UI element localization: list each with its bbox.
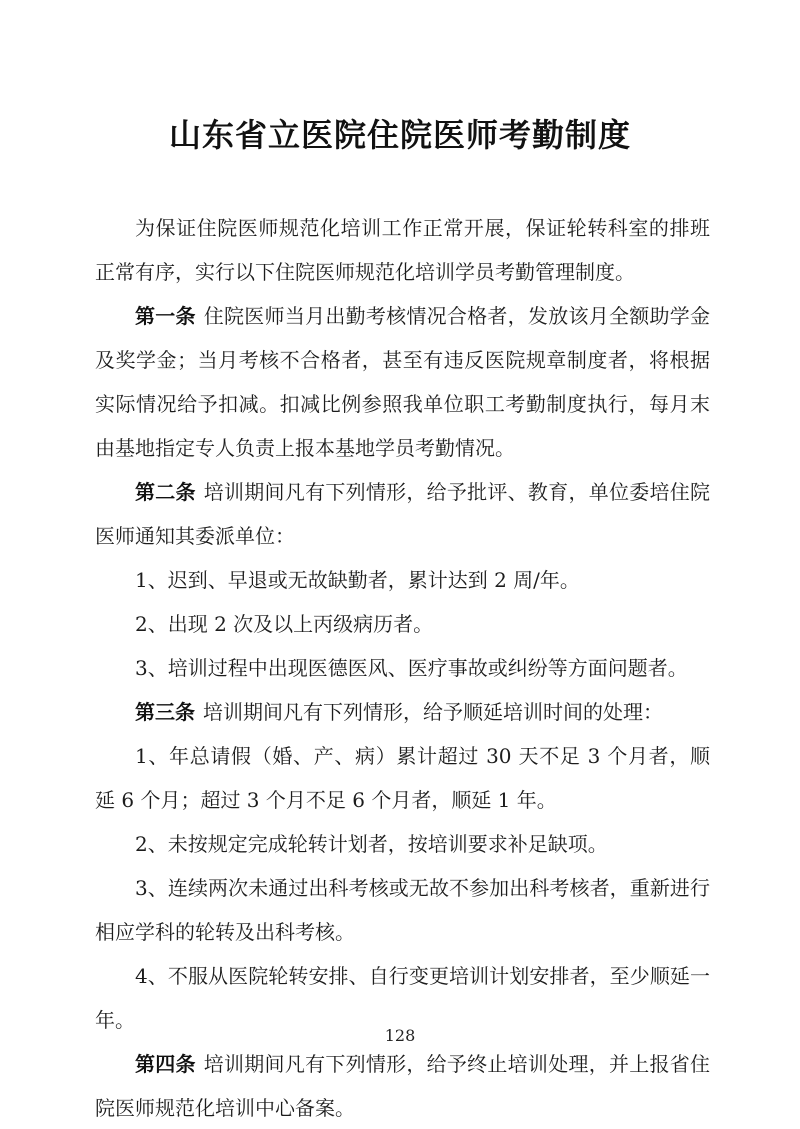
- article-1-lead: 第一条: [135, 304, 196, 328]
- article-3-item-4-text: 4、不服从医院轮转安排、自行变更培训计划安排者，至少顺延一年。: [95, 964, 710, 1032]
- page-number: 128: [0, 1026, 800, 1045]
- article-2-item-2-text: 2、出现 2 次及以上丙级病历者。: [135, 612, 433, 636]
- article-4: 第四条培训期间凡有下列情形，给予终止培训处理，并上报省住院医师规范化培训中心备案…: [95, 1042, 710, 1129]
- page-title: 山东省立医院住院医师考勤制度: [0, 110, 800, 156]
- document-body: 为保证住院医师规范化培训工作正常开展，保证轮转科室的排班正常有序，实行以下住院医…: [95, 206, 710, 1129]
- article-3-item-3: 3、连续两次未通过出科考核或无故不参加出科考核者，重新进行相应学科的轮转及出科考…: [95, 866, 710, 954]
- article-1: 第一条住院医师当月出勤考核情况合格者，发放该月全额助学金及奖学金；当月考核不合格…: [95, 294, 710, 470]
- article-3-item-3-text: 3、连续两次未通过出科考核或无故不参加出科考核者，重新进行相应学科的轮转及出科考…: [95, 876, 710, 944]
- article-3-item-1-text: 1、年总请假（婚、产、病）累计超过 30 天不足 3 个月者，顺延 6 个月；超…: [95, 744, 710, 812]
- intro-paragraph: 为保证住院医师规范化培训工作正常开展，保证轮转科室的排班正常有序，实行以下住院医…: [95, 206, 710, 294]
- article-3-item-2-text: 2、未按规定完成轮转计划者，按培训要求补足缺项。: [135, 832, 608, 856]
- article-3-text: 培训期间凡有下列情形，给予顺延培训时间的处理：: [203, 700, 663, 724]
- article-2-lead: 第二条: [135, 480, 196, 504]
- article-3-item-2: 2、未按规定完成轮转计划者，按培训要求补足缺项。: [95, 822, 710, 866]
- intro-text: 为保证住院医师规范化培训工作正常开展，保证轮转科室的排班正常有序，实行以下住院医…: [95, 216, 710, 284]
- document-page: 山东省立医院住院医师考勤制度 为保证住院医师规范化培训工作正常开展，保证轮转科室…: [0, 0, 800, 1129]
- article-3-item-1: 1、年总请假（婚、产、病）累计超过 30 天不足 3 个月者，顺延 6 个月；超…: [95, 734, 710, 822]
- article-2-item-1-text: 1、迟到、早退或无故缺勤者，累计达到 2 周/年。: [135, 568, 580, 592]
- article-2-item-1: 1、迟到、早退或无故缺勤者，累计达到 2 周/年。: [95, 558, 710, 602]
- article-2-item-2: 2、出现 2 次及以上丙级病历者。: [95, 602, 710, 646]
- article-2: 第二条培训期间凡有下列情形，给予批评、教育，单位委培住院医师通知其委派单位：: [95, 470, 710, 558]
- article-3: 第三条培训期间凡有下列情形，给予顺延培训时间的处理：: [95, 690, 710, 734]
- article-2-item-3-text: 3、培训过程中出现医德医风、医疗事故或纠纷等方面问题者。: [135, 656, 688, 680]
- article-4-lead: 第四条: [135, 1052, 196, 1076]
- article-3-lead: 第三条: [135, 700, 195, 724]
- article-2-item-3: 3、培训过程中出现医德医风、医疗事故或纠纷等方面问题者。: [95, 646, 710, 690]
